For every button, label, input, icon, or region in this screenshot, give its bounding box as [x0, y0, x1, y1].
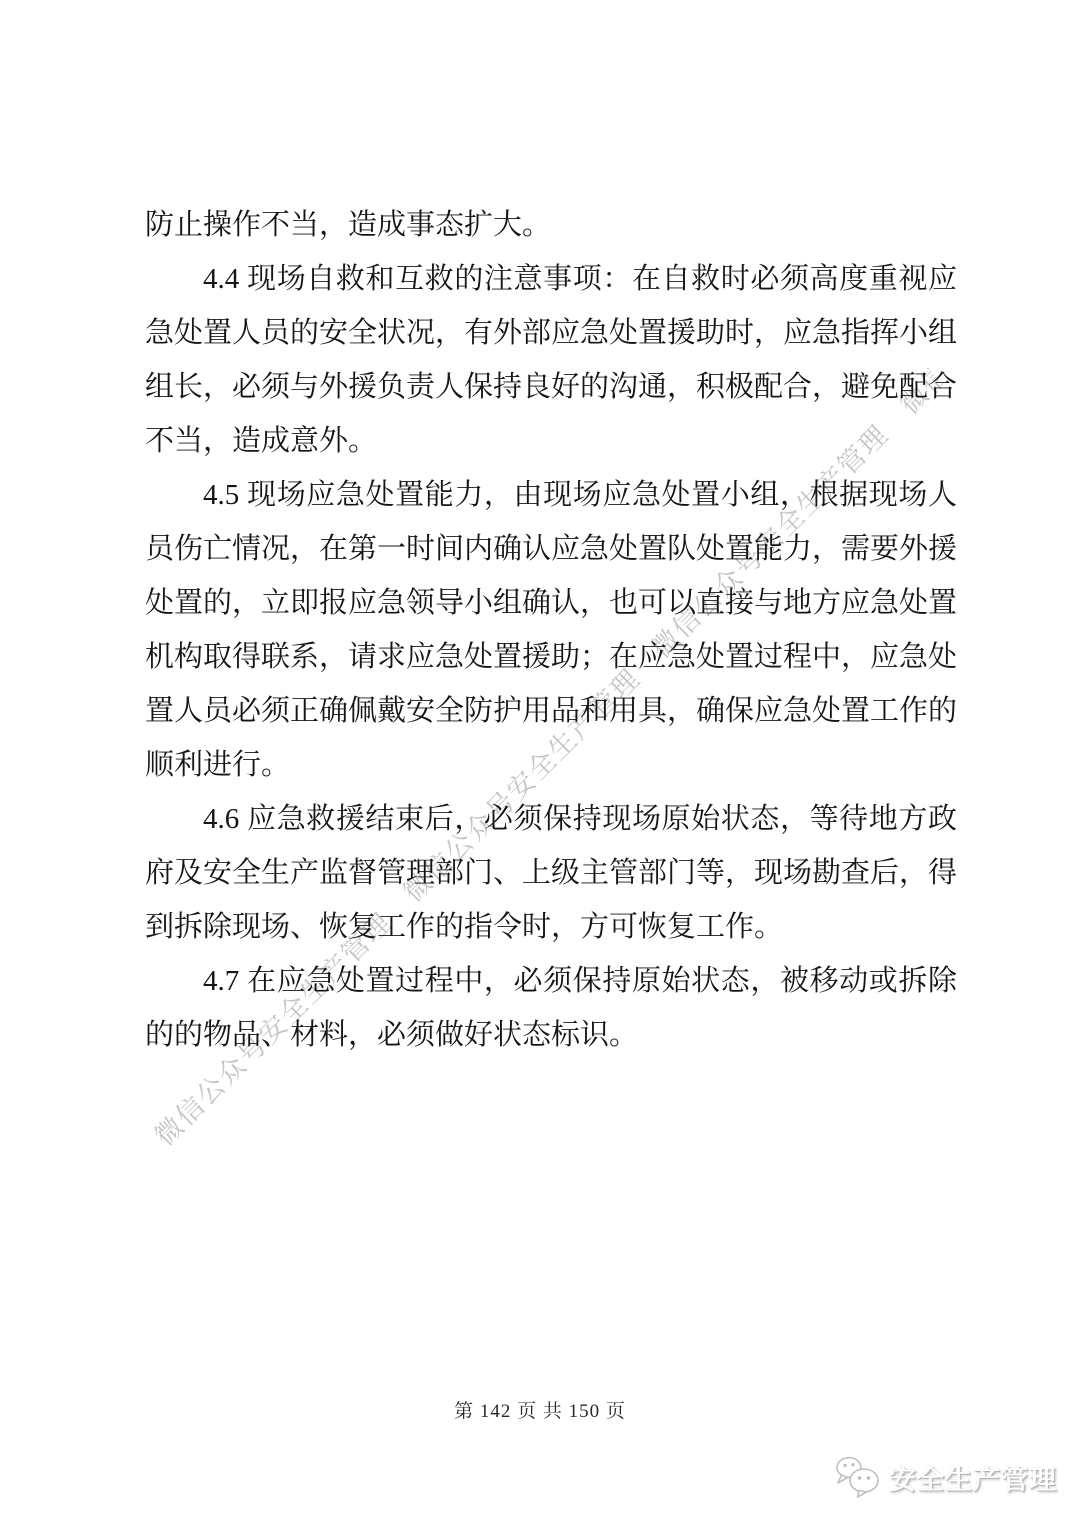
wechat-icon [834, 1456, 882, 1498]
document-page: 微信公众号安全生产管理 微信公众号安全生产管理 微信公众号安全生产管理 微信公众… [0, 0, 1080, 1528]
text-line: 4.7 在应急处置过程中，必须保持原始状态，被移动或拆除 [145, 954, 957, 1008]
text-line: 顺利进行。 [145, 738, 957, 792]
document-body: 防止操作不当，造成事态扩大。4.4 现场自救和互救的注意事项：在自救时必须高度重… [145, 198, 957, 1062]
text-line: 置人员必须正确佩戴安全防护用品和用具，确保应急处置工作的 [145, 684, 957, 738]
page-number: 第 142 页 共 150 页 [454, 1401, 626, 1422]
page-footer: 第 142 页 共 150 页 [0, 1396, 1080, 1423]
wechat-brand-badge: 安全生产管理 [834, 1456, 1057, 1498]
text-line: 防止操作不当，造成事态扩大。 [145, 198, 957, 252]
text-line: 组长，必须与外援负责人保持良好的沟通，积极配合，避免配合 [145, 360, 957, 414]
text-line: 处置的，立即报应急领导小组确认，也可以直接与地方应急处置 [145, 576, 957, 630]
text-line: 4.5 现场应急处置能力，由现场应急处置小组，根据现场人 [145, 468, 957, 522]
text-line: 府及安全生产监督管理部门、上级主管部门等，现场勘查后，得 [145, 846, 957, 900]
text-line: 4.6 应急救援结束后，必须保持现场原始状态，等待地方政 [145, 792, 957, 846]
text-line: 急处置人员的安全状况，有外部应急处置援助时，应急指挥小组 [145, 306, 957, 360]
text-line: 机构取得联系，请求应急处置援助；在应急处置过程中，应急处 [145, 630, 957, 684]
text-line: 到拆除现场、恢复工作的指令时，方可恢复工作。 [145, 900, 957, 954]
text-line: 4.4 现场自救和互救的注意事项：在自救时必须高度重视应 [145, 252, 957, 306]
text-line: 不当，造成意外。 [145, 414, 957, 468]
text-line: 员伤亡情况，在第一时间内确认应急处置队处置能力，需要外援 [145, 522, 957, 576]
text-line: 的的物品、材料，必须做好状态标识。 [145, 1008, 957, 1062]
brand-title: 安全生产管理 [889, 1458, 1057, 1497]
